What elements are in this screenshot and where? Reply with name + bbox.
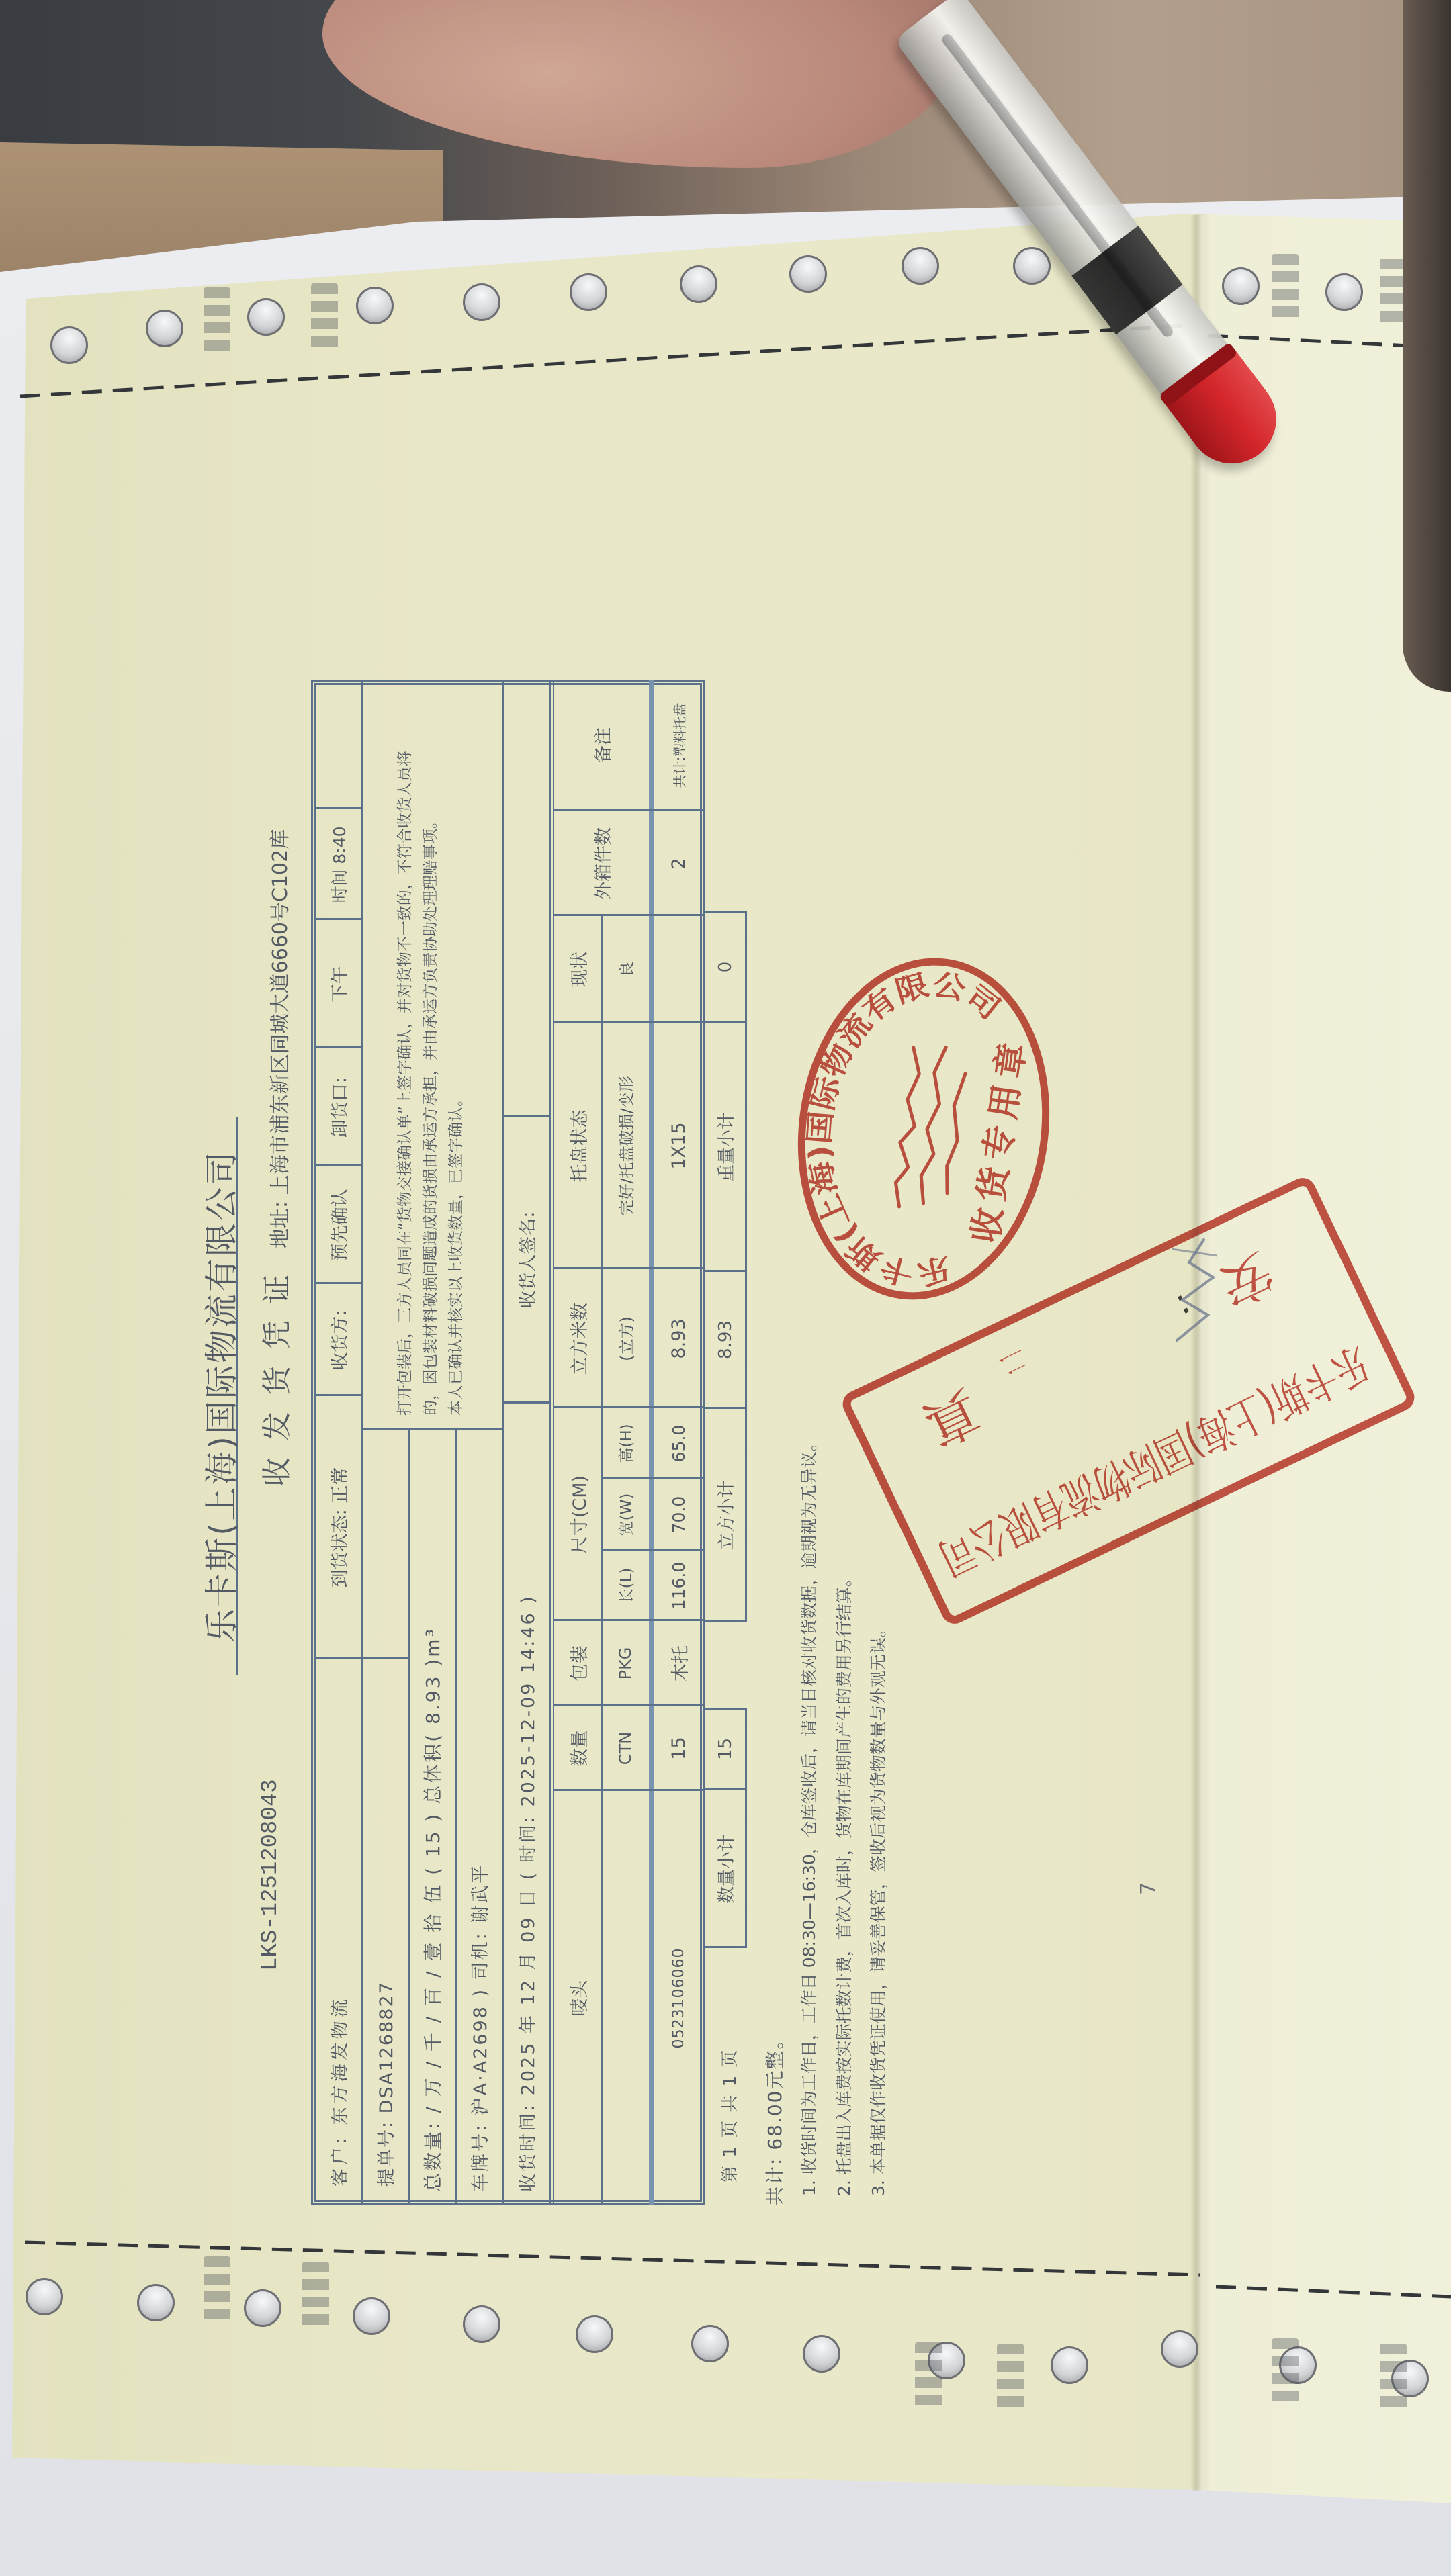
volume-subtotal-label: 立方小计 (703, 1408, 747, 1622)
strip-label (997, 2344, 1024, 2413)
strip-label (1272, 2338, 1299, 2408)
footnote: 3. 本单据仅作收货凭证使用，请妥善保管，签收后视为货物数量与外观无误。 (865, 1620, 889, 2196)
row-length: 116.0 (654, 1551, 703, 1621)
row-pallet-status: 1X15 (654, 1023, 703, 1269)
handwritten-digit: 7 (1137, 1882, 1160, 1895)
header-condition: 现状 (554, 916, 601, 1023)
table-rule-thick (649, 680, 654, 2205)
perforation-hole (247, 298, 285, 336)
terms-line: 打开包装后，三方人员同在“货物交接确认单”上签字确认，并对货物不一致的，不符合收… (392, 687, 414, 1416)
strip-label (311, 283, 338, 353)
perforation-hole (1325, 273, 1363, 311)
strip-label (1272, 254, 1299, 324)
header-remarks: 备注 (554, 680, 649, 811)
terms-line: 本人已确认并核实以上收货数量，已签字确认。 (443, 687, 466, 1416)
row-remarks: 共计:塑料托盘 (654, 680, 703, 811)
strip-label (204, 287, 230, 357)
row-condition (654, 916, 703, 1023)
perforation-hole (26, 2278, 63, 2315)
header-qty: 数量 (554, 1706, 601, 1791)
perforation-hole (570, 273, 607, 311)
header-carton-count: 外箱件数 (554, 811, 649, 916)
perforation-hole (244, 2289, 281, 2327)
pre-confirm-field: 预先确认 (316, 1166, 361, 1284)
qty-subtotal-value: 15 (703, 1708, 747, 1790)
perforation-hole (356, 287, 394, 324)
perforation-hole (576, 2315, 613, 2353)
perforation-hole (353, 2297, 390, 2335)
stamp-signature-scribble (891, 1043, 970, 1213)
terms-line: 的，因包装材料破损问题造成的货损由承运方承担，并由承运方负责协助处理理赔事项。 (418, 687, 440, 1416)
perforation-hole (789, 255, 827, 293)
strip-label (204, 2256, 230, 2326)
subheader-mark (601, 1791, 649, 2205)
strip-label (915, 2342, 942, 2412)
header-mark: 唛头 (554, 1791, 601, 2205)
perforation-hole (50, 326, 88, 364)
company-title: 乐卡斯(上海)国际物流有限公司 (195, 1117, 238, 1675)
subheader-length: 长(L) (601, 1551, 649, 1621)
volume-subtotal-value: 8.93 (703, 1271, 747, 1408)
perforation-hole (1013, 247, 1051, 285)
receipt-document: LKS-1251208043 乐卡斯(上海)国际物流有限公司 收发货凭证 地址:… (188, 665, 927, 2236)
round-company-stamp: 乐卡斯(上海)国际物流有限公司 收货专用章 (773, 938, 1075, 1320)
customer-field: 客户: 东方海发物流 (316, 1659, 361, 2200)
row-height: 65.0 (654, 1408, 703, 1479)
arrival-status-field: 到货状态: 正常 (316, 1396, 361, 1659)
time-field: 时间 8:40 (316, 809, 361, 920)
perforation-hole (1222, 267, 1260, 305)
row-mark: 0523106060 (654, 1791, 703, 2205)
header-size: 尺寸(CM) (554, 1408, 601, 1621)
row-qty: 15 (654, 1706, 703, 1791)
unload-dock-field: 卸货口: (316, 1048, 361, 1166)
perforation-hole (1051, 2346, 1088, 2384)
subheader-condition: 良 (601, 916, 649, 1023)
perforation-hole (463, 2305, 500, 2343)
rect-stamp-char: 真 (912, 1378, 990, 1459)
subheader-qty: CTN (601, 1706, 649, 1791)
perforation-hole (803, 2335, 840, 2373)
header-pkg: 包装 (554, 1621, 601, 1706)
strip-label (1380, 2344, 1407, 2413)
rect-stamp-char: 安 (1211, 1242, 1282, 1318)
company-address: 地址: 上海市浦东新区同城大道6660号C102库 (263, 829, 293, 1248)
subheader-pallet-status: 完好/托盘破损/变形 (601, 1023, 649, 1269)
row-volume: 8.93 (654, 1269, 703, 1408)
row-pkg: 木托 (654, 1621, 703, 1706)
subheader-volume: (立方) (601, 1269, 649, 1408)
period-field: 下午 (316, 920, 361, 1048)
qty-subtotal-label: 数量小计 (703, 1790, 747, 1948)
vehicle-driver-field: 车牌号: 沪A·A2698 ) 司机: 谢武平 (455, 1430, 502, 2205)
footnote: 1. 收货时间为工作日，工作日 08:30—16:30，仓库签收后，请当日核对收… (796, 1434, 820, 2196)
bill-number-field: 提单号: DSA1268827 (361, 1659, 408, 2200)
page-indicator: 第 1 页 共 1 页 (716, 2049, 741, 2183)
rect-stamp-colon: : (1170, 1286, 1198, 1328)
perforation-hole (146, 310, 183, 347)
weight-subtotal-value: 0 (703, 911, 747, 1023)
finger (1403, 0, 1451, 692)
signature-label: 收货人签名: (502, 1117, 551, 1404)
subheader-width: 宽(W) (601, 1479, 649, 1551)
footnote: 2. 托盘出入库费按实际托数计费，首次入库时，货物在库期间产生的费用另行结算。 (831, 1570, 855, 2196)
perforation-hole (902, 247, 939, 285)
row-width: 70.0 (654, 1479, 703, 1551)
row-carton-count: 2 (654, 811, 703, 916)
rect-stamp-char: 二 (994, 1342, 1032, 1381)
round-stamp-company-text: 乐卡斯(上海)国际物流有限公司 (782, 952, 1010, 1298)
perforation-hole (691, 2325, 729, 2362)
perforation-hole (463, 283, 500, 321)
strip-label (302, 2262, 329, 2332)
perforation-hole (137, 2284, 175, 2321)
subheader-height: 高(H) (601, 1408, 649, 1479)
header-volume: 立方米数 (554, 1269, 601, 1408)
perforation-hole (1161, 2330, 1198, 2368)
perforation-hole (680, 265, 717, 303)
document-number: LKS-1251208043 (258, 1779, 283, 1971)
total-quantity-field: 总数量: / 万 / 千 / 百 / 壹 拾 伍 ( 15 ) 总体积( 8.9… (408, 1430, 455, 2205)
document-subtitle: 收发货凭证 (253, 1258, 296, 1487)
receiver-field: 收货方: (316, 1284, 361, 1396)
header-pallet-status: 托盘状态 (554, 1023, 601, 1269)
receive-time-field: 收货时间: 2025 年 12 月 09 日 ( 时间: 2025-12-09 … (502, 1404, 551, 2205)
subheader-pkg: PKG (601, 1621, 649, 1706)
total-amount: 共计: 68.00元整。 (760, 2029, 787, 2206)
weight-subtotal-label: 重量小计 (703, 1023, 747, 1271)
